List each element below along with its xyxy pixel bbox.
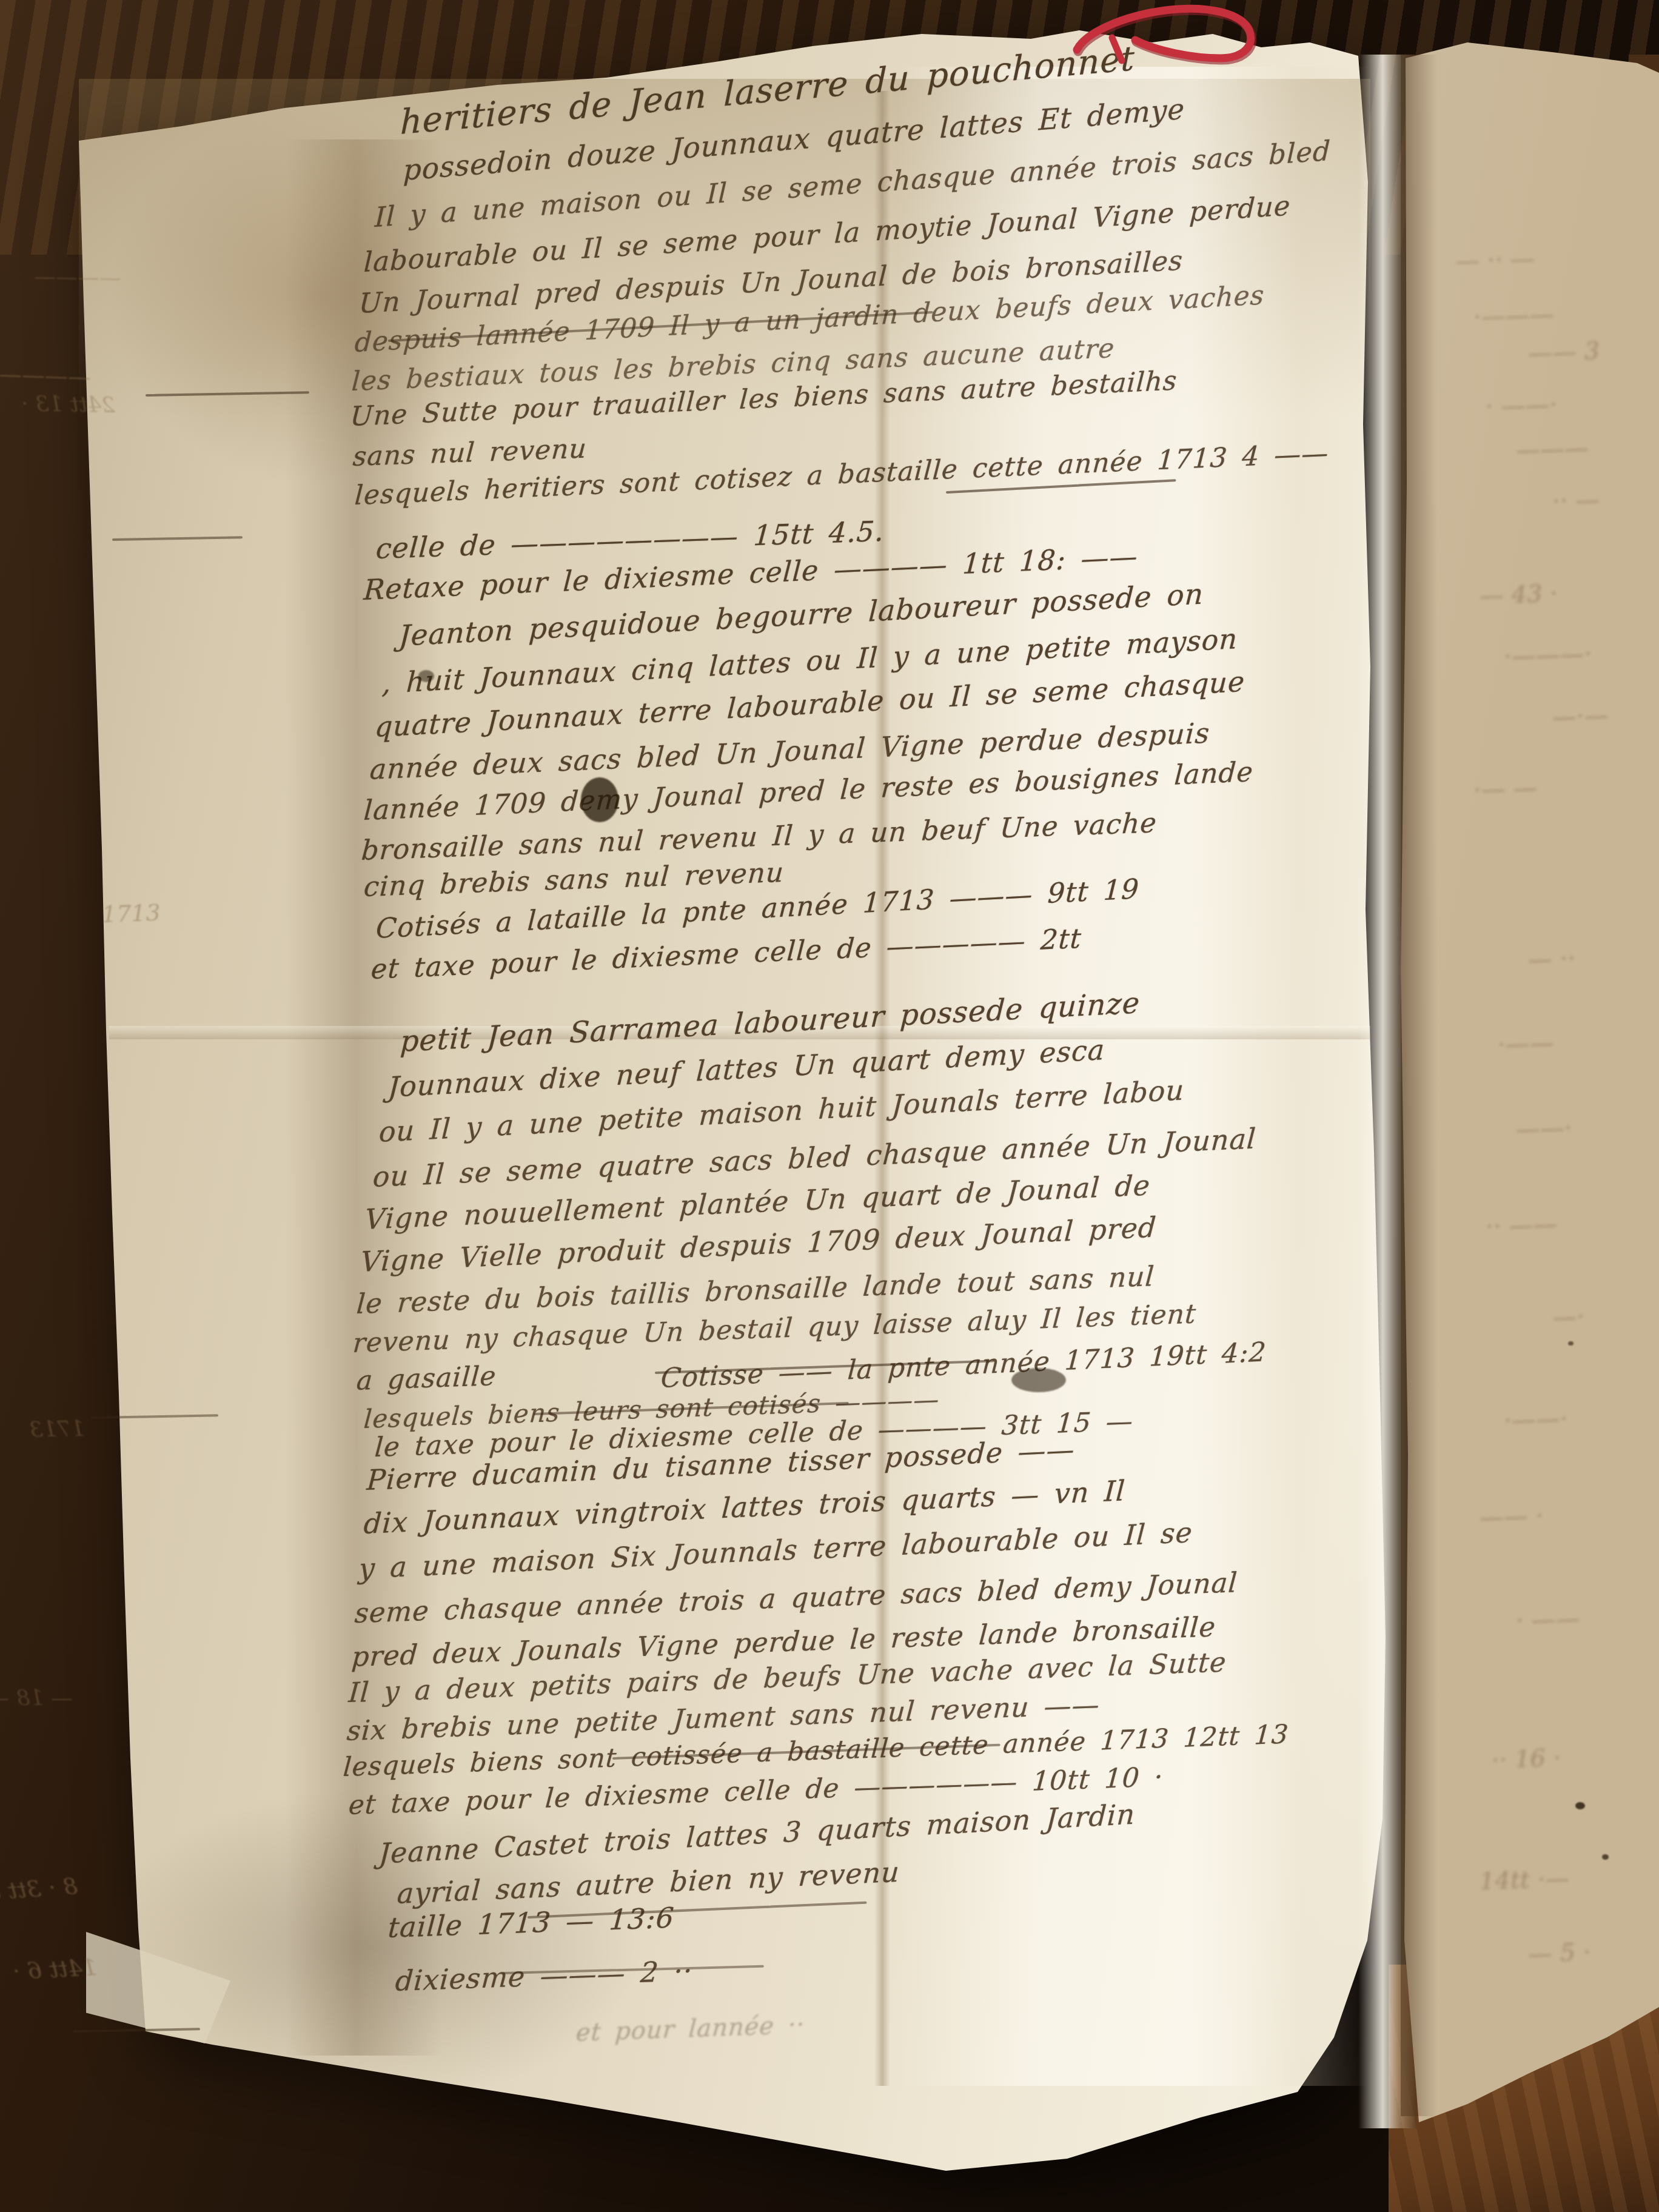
- margin-bleedthrough-note: 14tt 6 ·: [12, 1954, 98, 1985]
- second-page-faint-line: —— 3: [1527, 337, 1600, 367]
- margin-bleedthrough-note: 24tt 13 ·: [21, 391, 116, 418]
- second-page-faint-line: ———: [1515, 434, 1589, 464]
- second-page-faint-line: 14tt ·—: [1479, 1865, 1570, 1895]
- photo-scene: ———— 4tt 1224tt 13 ·171317138 · 3tt 8 17…: [0, 0, 1659, 2212]
- margin-bleedthrough-note: ————: [34, 264, 122, 290]
- ink-spot: [1011, 1368, 1066, 1392]
- ink-spot: [1602, 1854, 1609, 1860]
- ink-spot: [581, 777, 618, 822]
- margin-bleedthrough-note: ———— 4tt 12: [0, 358, 92, 390]
- second-page-faint-line: — ·· —: [1455, 244, 1535, 275]
- ink-spot: [418, 670, 434, 682]
- margin-bleedthrough-note: — 18 —: [0, 1686, 73, 1711]
- ink-spot: [1575, 1802, 1585, 1809]
- second-page-faint-line: ·— —: [1473, 774, 1538, 804]
- red-paperclip-icon: [1065, 0, 1271, 79]
- second-page-edge-shadow: [1401, 55, 1437, 2116]
- second-page-faint-line: — ··: [1527, 944, 1576, 974]
- margin-bleedthrough-note: 1713: [29, 1416, 85, 1443]
- second-page-faint-line: —·—: [1552, 702, 1609, 731]
- second-page-faint-line: ·——: [1497, 1029, 1554, 1059]
- second-page-faint-line: ——·: [1515, 1114, 1572, 1144]
- second-page-faint-line: — 5 ·: [1527, 1938, 1591, 1968]
- second-page-faint-line: · ——·: [1485, 390, 1558, 421]
- second-page-faint-line: — 43 ·: [1479, 580, 1558, 610]
- margin-bleedthrough-note: 1713: [101, 899, 161, 928]
- second-page-faint-line: ·——·: [1503, 1404, 1568, 1435]
- second-page-faint-line: ·———·: [1503, 640, 1592, 671]
- second-page-faint-line: ·· —: [1552, 486, 1600, 515]
- ink-spot: [200, 2104, 213, 2113]
- second-page-faint-line: ·———: [1473, 300, 1554, 331]
- second-page-faint-line: —·: [1552, 1302, 1584, 1332]
- second-page-faint-line: ·· 16 ·: [1491, 1744, 1561, 1774]
- ink-spot: [1568, 1341, 1574, 1346]
- second-page-faint-line: · ——: [1515, 1604, 1580, 1635]
- manuscript-line: a gasaille: [355, 1361, 497, 1396]
- second-page-faint-line: ·· ——: [1485, 1210, 1558, 1241]
- second-page-faint-line: —— ·: [1479, 1501, 1544, 1532]
